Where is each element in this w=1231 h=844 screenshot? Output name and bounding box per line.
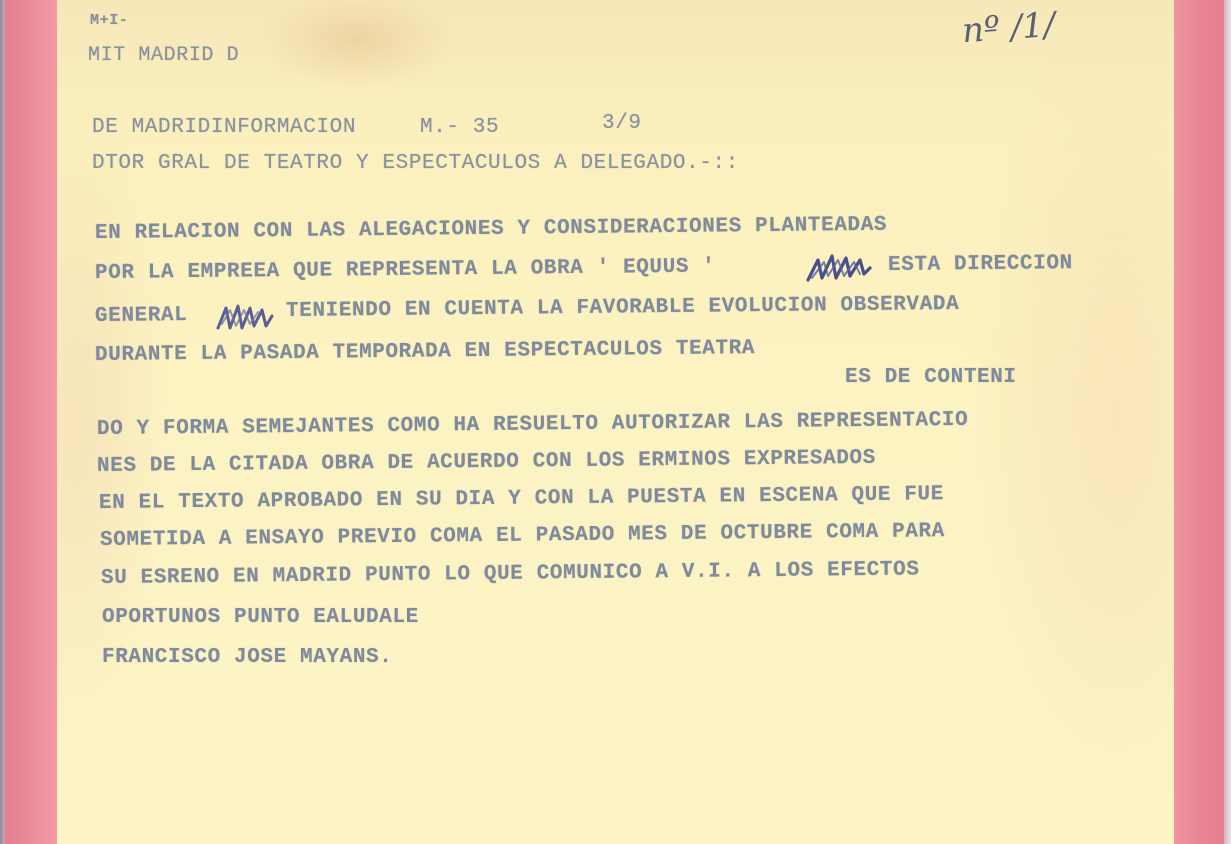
- header-routing: MIT MADRID D: [88, 44, 239, 67]
- pen-redaction-scribble: [804, 250, 874, 286]
- signature: FRANCISCO JOSE MAYANS.: [102, 646, 392, 669]
- body-line-2-cont: ESTA DIRECCION: [888, 252, 1073, 277]
- origin-from: DE MADRIDINFORMACION: [92, 116, 356, 139]
- pen-redaction-scribble: [214, 300, 274, 334]
- body-line-3: GENERAL: [95, 304, 188, 328]
- header-code: M+I-: [90, 12, 128, 29]
- pink-border-right: [1172, 0, 1224, 844]
- scan-edge-right: [1224, 0, 1231, 844]
- body-line-11: OPORTUNOS PUNTO EALUDALE: [102, 606, 419, 629]
- body-line-5: ES DE CONTENI: [845, 366, 1017, 389]
- pink-border-left: [5, 0, 57, 844]
- page-number-handwritten: nº /1/: [961, 5, 1057, 51]
- addressee-line: DTOR GRAL DE TEATRO Y ESPECTACULOS A DEL…: [92, 152, 739, 175]
- origin-date: 3/9: [602, 112, 642, 135]
- origin-ref: M.- 35: [420, 116, 499, 139]
- scanned-document: M+I- MIT MADRID D nº /1/ DE MADRIDINFORM…: [0, 0, 1231, 844]
